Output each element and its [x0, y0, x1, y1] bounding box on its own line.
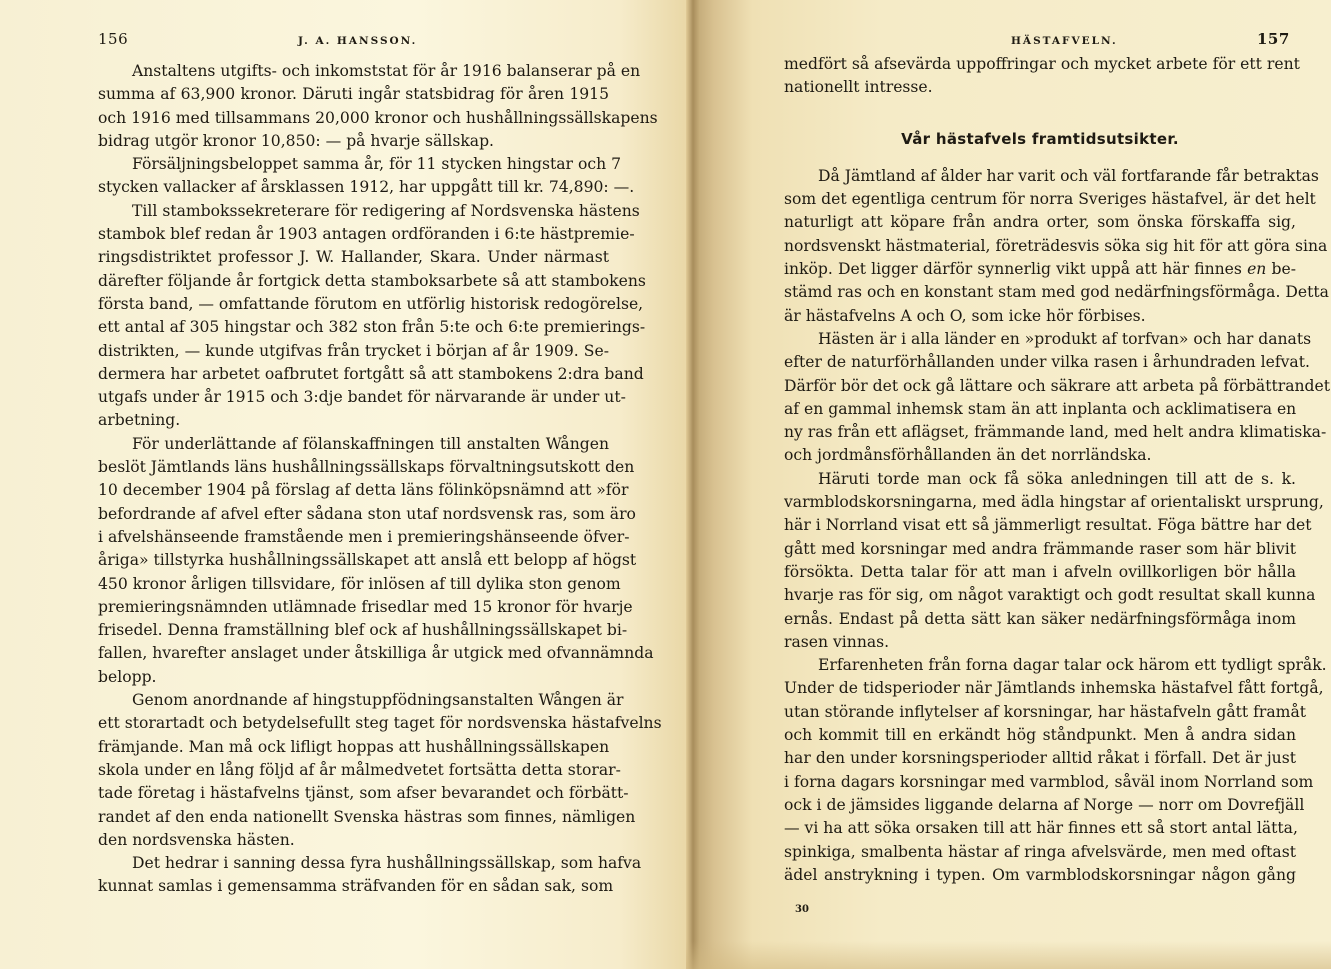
text-line: ny ras från ett aflägset, främmande land… — [784, 421, 1296, 444]
text-line: kunnat samlas i gemensamma sträfvanden f… — [98, 875, 609, 898]
text-line: har den under korsningsperioder alltid r… — [784, 747, 1296, 770]
text-line: Det hedrar i sanning dessa fyra hushålln… — [98, 852, 609, 875]
text-line: premieringsnämnden utlämnade frisedlar m… — [98, 596, 609, 619]
text-line: belopp. — [98, 666, 609, 689]
text-line: Då Jämtland af ålder har varit och väl f… — [784, 165, 1296, 188]
signature-mark: 30 — [795, 904, 809, 915]
text-line: här i Norrland visat ett så jämmerligt r… — [784, 514, 1296, 537]
text-line: arbetning. — [98, 409, 609, 432]
text-line: nationellt intresse. — [784, 76, 1296, 99]
page-number-right: 157 — [1257, 30, 1290, 48]
text-line: — vi ha att söka orsaken till att här fi… — [784, 817, 1296, 840]
text-line: i forna dagars korsningar med varmblod, … — [784, 771, 1296, 794]
text-line: varmblodskorsningarna, med ädla hingstar… — [784, 491, 1296, 514]
text-line: frisedel. Denna framställning blef ock a… — [98, 619, 609, 642]
text-line: gått med korsningar med andra främmande … — [784, 538, 1296, 561]
section-title: Vår hästafvels framtidsutsikter. — [784, 128, 1296, 151]
text-line: försökta. Detta talar för att man i afve… — [784, 561, 1296, 584]
text-line: utan störande inflytelser af korsningar,… — [784, 701, 1296, 724]
left-page-body: Anstaltens utgifts- och inkomststat för … — [98, 60, 609, 899]
text-line: efter de naturförhållanden under vilka r… — [784, 351, 1296, 374]
book-spread: 156 J. A. HANSSON. Anstaltens utgifts- o… — [0, 0, 1331, 969]
right-page: HÄSTAFVELN. 157 medfört så afsevärda upp… — [688, 0, 1331, 969]
text-line: inköp. Det ligger därför synnerlig vikt … — [784, 258, 1296, 281]
text-line: randet af den enda nationellt Svenska hä… — [98, 806, 609, 829]
text-line: Häruti torde man ock få söka anledningen… — [784, 468, 1296, 491]
text-line: som det egentliga centrum för norra Sver… — [784, 188, 1296, 211]
right-page-main: Då Jämtland af ålder har varit och väl f… — [784, 165, 1296, 887]
text-line: ett antal af 305 hingstar och 382 ston f… — [98, 316, 609, 339]
text-line: ock i de jämsides liggande delarna af No… — [784, 794, 1296, 817]
text-line: bidrag utgör kronor 10,850: — på hvarje … — [98, 130, 609, 153]
text-line: och jordmånsförhållanden än det norrländ… — [784, 444, 1296, 467]
text-line: rasen vinnas. — [784, 631, 1296, 654]
text-line: hvarje ras för sig, om något varaktigt o… — [784, 584, 1296, 607]
text-line: summa af 63,900 kronor. Däruti ingår sta… — [98, 83, 609, 106]
text-line: Erfarenheten från forna dagar talar ock … — [784, 654, 1296, 677]
text-line: ett storartadt och betydelsefullt steg t… — [98, 712, 609, 735]
text-line: stycken vallacker af årsklassen 1912, ha… — [98, 176, 609, 199]
text-line: Därför bör det ock gå lättare och säkrar… — [784, 375, 1296, 398]
text-line: dermera har arbetet oafbrutet fortgått s… — [98, 363, 609, 386]
text-line: befordrande af afvel efter sådana ston u… — [98, 503, 609, 526]
text-line: 10 december 1904 på förslag af detta län… — [98, 479, 609, 502]
text-line: Genom anordnande af hingstuppfödningsans… — [98, 689, 609, 712]
text-line: första band, — omfattande förutom en utf… — [98, 293, 609, 316]
text-line: ernås. Endast på detta sätt kan säker ne… — [784, 608, 1296, 631]
right-page-body: medfört så afsevärda uppoffringar och my… — [784, 53, 1296, 887]
text-line: åriga» tillstyrka hushållningssällskapet… — [98, 549, 609, 572]
text-line: utgafs under år 1915 och 3:dje bandet fö… — [98, 386, 609, 409]
text-line: fallen, hvarefter anslaget under åtskill… — [98, 642, 609, 665]
text-line: tade företag i hästafvelns tjänst, som a… — [98, 782, 609, 805]
text-line: medfört så afsevärda uppoffringar och my… — [784, 53, 1296, 76]
text-line: är hästafvelns A och O, som icke hör för… — [784, 305, 1296, 328]
text-line: skola under en lång följd af år målmedve… — [98, 759, 609, 782]
text-line: distrikten, — kunde utgifvas från trycke… — [98, 340, 609, 363]
text-line: Försäljningsbeloppet samma år, för 11 st… — [98, 153, 609, 176]
text-line: ädel anstrykning i typen. Om varmblodsko… — [784, 864, 1296, 887]
text-line: den nordsvenska hästen. — [98, 829, 609, 852]
text-line: Anstaltens utgifts- och inkomststat för … — [98, 60, 609, 83]
text-line: i afvelshänseende framstående men i prem… — [98, 526, 609, 549]
text-line: och kommit till en erkändt hög ståndpunk… — [784, 724, 1296, 747]
text-line: Till stambokssekreterare för redigering … — [98, 200, 609, 223]
text-line: ringsdistriktet professor J. W. Hallande… — [98, 246, 609, 269]
text-line: stämd ras och en konstant stam med god n… — [784, 281, 1296, 304]
text-line: och 1916 med tillsammans 20,000 kronor o… — [98, 107, 609, 130]
page-number-left: 156 — [98, 30, 128, 48]
right-page-intro: medfört så afsevärda uppoffringar och my… — [784, 53, 1296, 100]
page-bottom-shadow — [686, 941, 1331, 969]
text-line: stambok blef redan år 1903 antagen ordfö… — [98, 223, 609, 246]
text-line: naturligt att köpare från andra orter, s… — [784, 211, 1296, 234]
text-line: därefter följande år fortgick detta stam… — [98, 270, 609, 293]
text-line: spinkiga, smalbenta hästar af ringa afve… — [784, 841, 1296, 864]
running-head-right: HÄSTAFVELN. — [1011, 35, 1118, 47]
text-line: För underlättande af fölanskaffningen ti… — [98, 433, 609, 456]
book-gutter — [686, 0, 700, 969]
text-line: nordsvenskt hästmaterial, företrädesvis … — [784, 235, 1296, 258]
text-line: 450 kronor årligen tillsvidare, för inlö… — [98, 573, 609, 596]
left-page: 156 J. A. HANSSON. Anstaltens utgifts- o… — [0, 0, 688, 969]
text-line: Under de tidsperioder när Jämtlands inhe… — [784, 677, 1296, 700]
text-line: Hästen är i alla länder en »produkt af t… — [784, 328, 1296, 351]
text-line: beslöt Jämtlands läns hushållningssällsk… — [98, 456, 609, 479]
text-line: främjande. Man må ock lifligt hoppas att… — [98, 736, 609, 759]
running-head-left: J. A. HANSSON. — [298, 35, 417, 47]
text-line: af en gammal inhemsk stam än att inplant… — [784, 398, 1296, 421]
